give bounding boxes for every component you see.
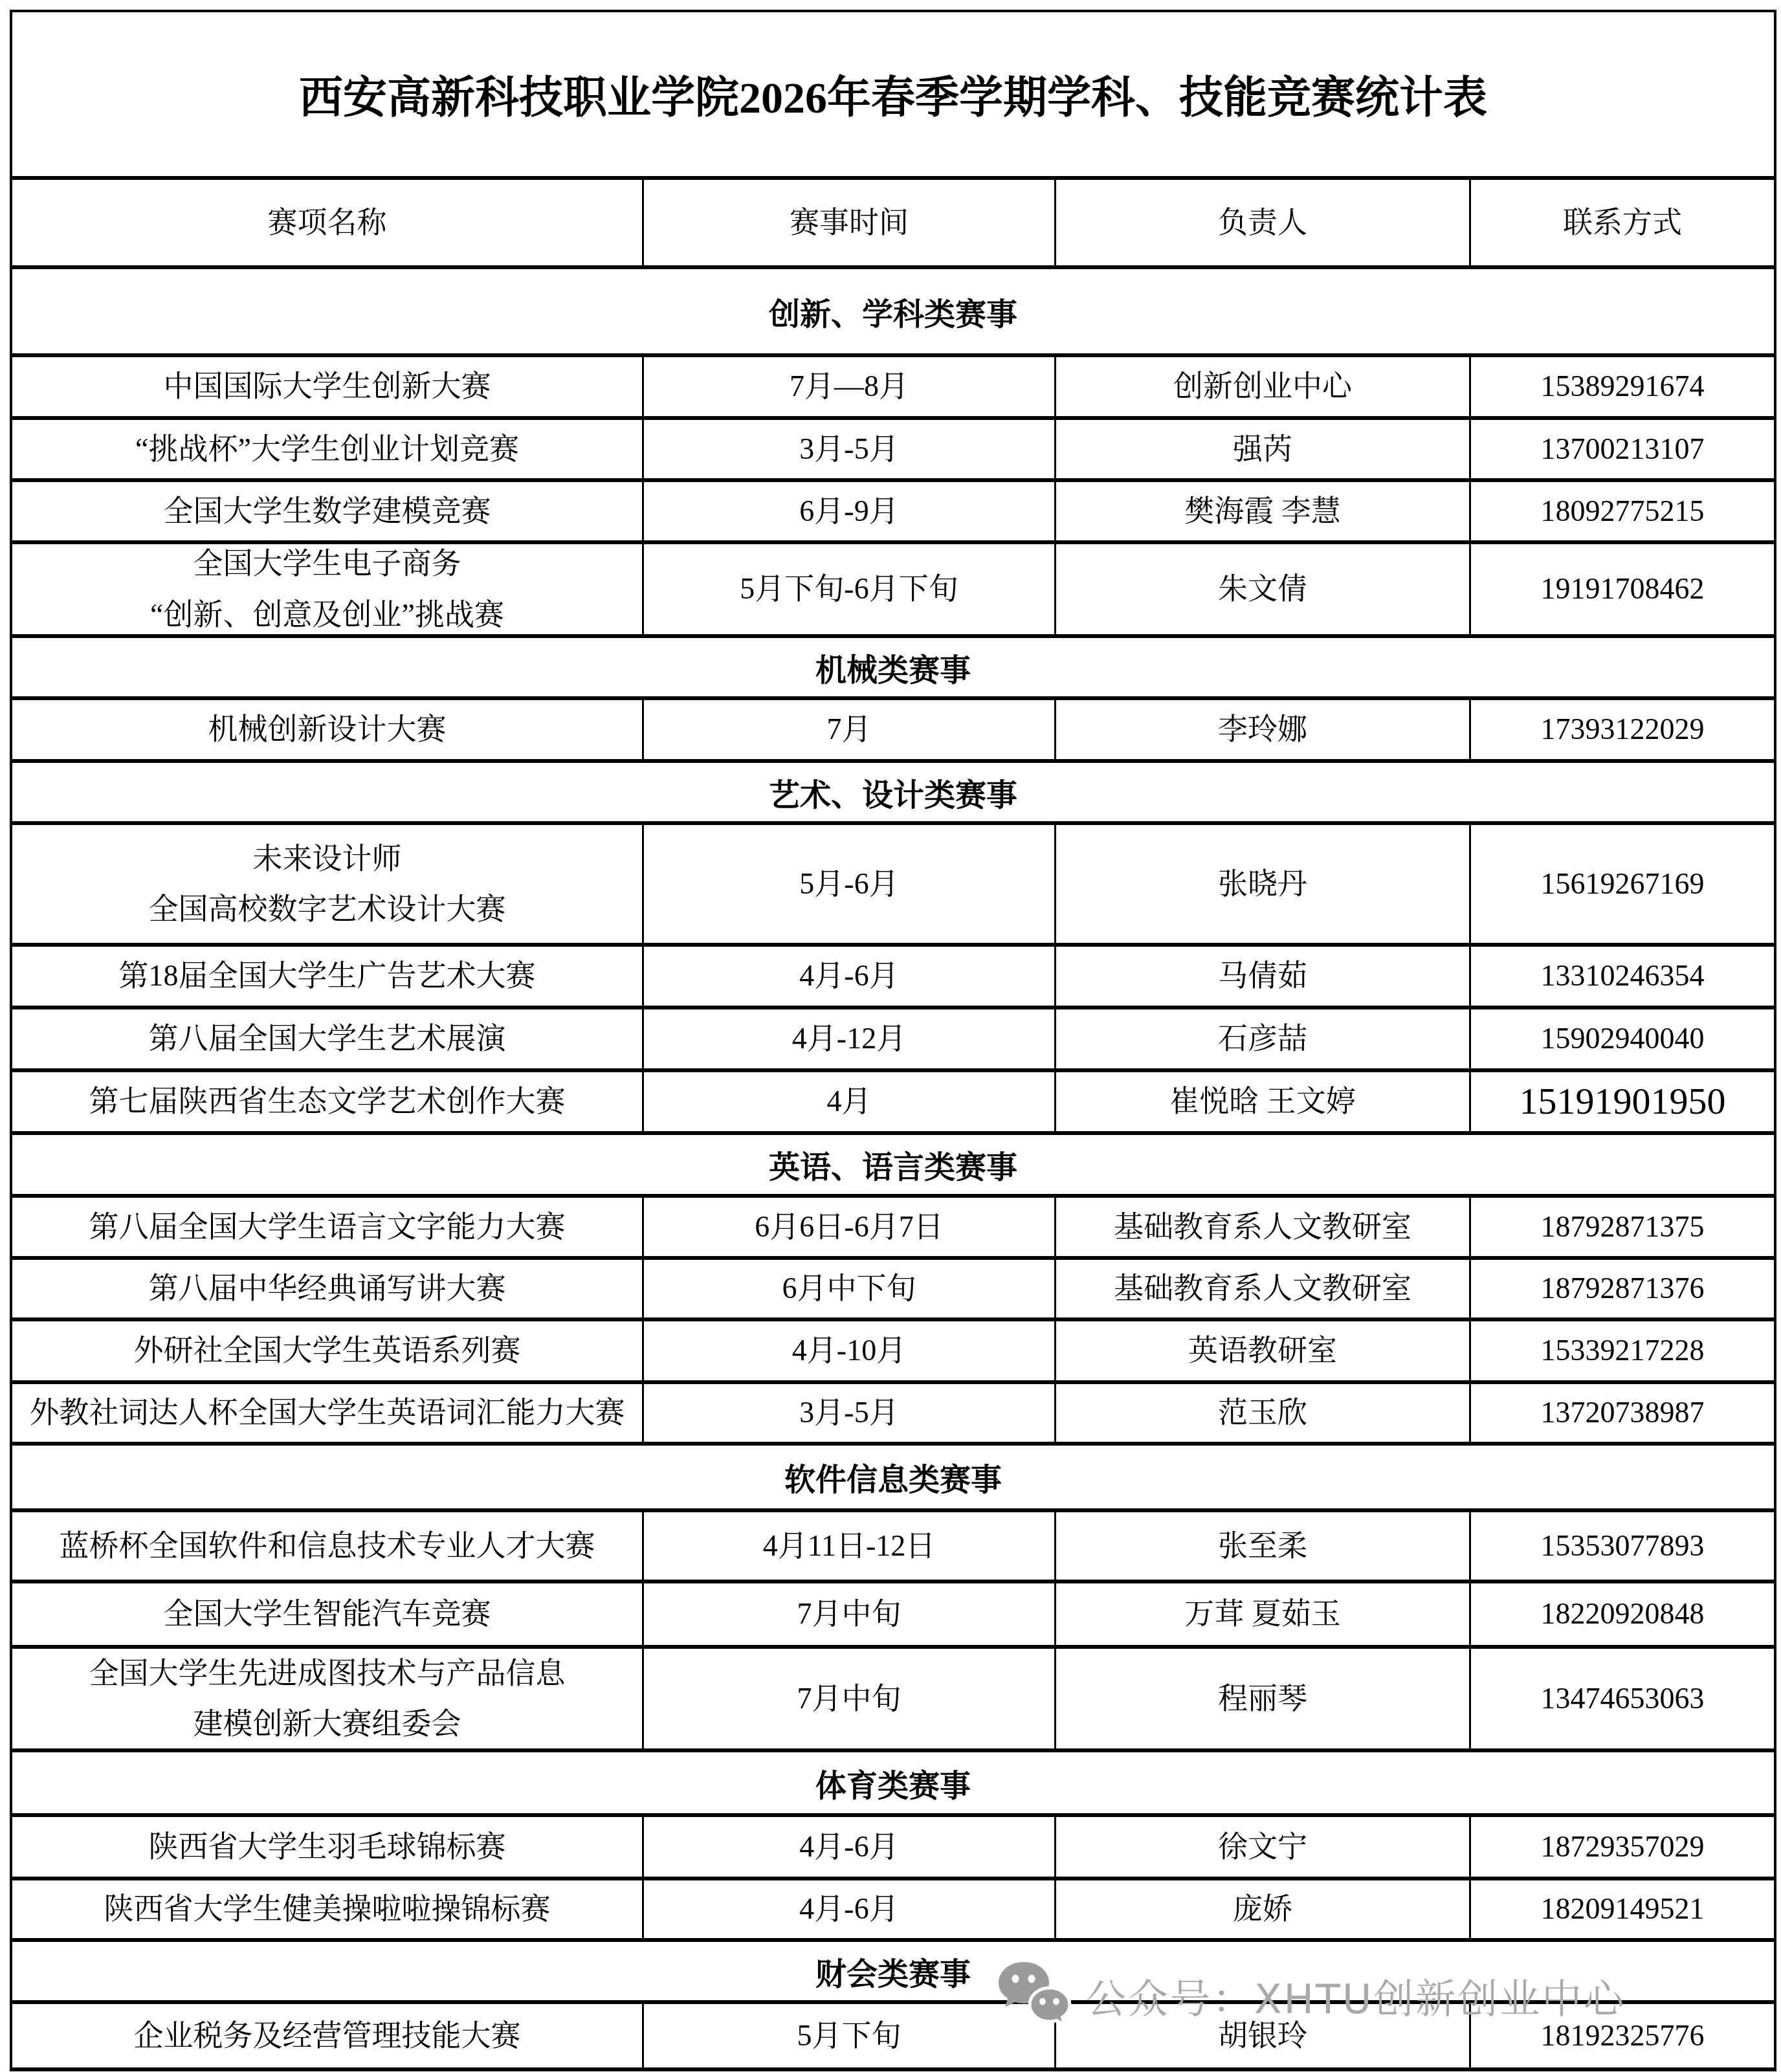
contact-cell: 15389291674 bbox=[1469, 357, 1774, 416]
name-cell-line: 建模创新大赛组委会 bbox=[194, 1699, 461, 1748]
category-row: 艺术、设计类赛事 bbox=[12, 759, 1774, 821]
time-cell: 5月下旬-6月下旬 bbox=[642, 544, 1054, 634]
contact-cell: 15902940040 bbox=[1469, 1009, 1774, 1068]
competition-row: 第八届中华经典诵写讲大赛6月中下旬基础教育系人文教研室18792871376 bbox=[12, 1256, 1774, 1317]
leader-cell: 范玉欣 bbox=[1054, 1384, 1469, 1442]
time-cell: 6月-9月 bbox=[642, 482, 1054, 540]
name-cell: 第八届全国大学生艺术展演 bbox=[12, 1009, 642, 1068]
time-cell: 4月11日-12日 bbox=[642, 1512, 1054, 1580]
table-body: 创新、学科类赛事中国国际大学生创新大赛7月—8月创新创业中心1538929167… bbox=[12, 265, 1774, 2067]
name-cell-line: 全国高校数字艺术设计大赛 bbox=[149, 884, 506, 934]
competition-row: 第八届全国大学生艺术展演4月-12月石彦喆15902940040 bbox=[12, 1006, 1774, 1068]
name-cell-line: 全国大学生先进成图技术与产品信息 bbox=[89, 1649, 566, 1699]
leader-cell: 万茸 夏茹玉 bbox=[1054, 1583, 1469, 1645]
name-cell: 全国大学生电子商务“创新、创意及创业”挑战赛 bbox=[12, 544, 642, 634]
name-cell-line: 全国大学生电子商务 bbox=[194, 544, 461, 590]
leader-cell: 朱文倩 bbox=[1054, 544, 1469, 634]
leader-cell: 基础教育系人文教研室 bbox=[1054, 1260, 1469, 1317]
contact-cell: 18092775215 bbox=[1469, 482, 1774, 540]
contact-cell: 18192325776 bbox=[1469, 2004, 1774, 2067]
time-cell: 4月-12月 bbox=[642, 1009, 1054, 1068]
category-row: 财会类赛事 bbox=[12, 1938, 1774, 2000]
time-cell: 3月-5月 bbox=[642, 1384, 1054, 1442]
leader-cell: 英语教研室 bbox=[1054, 1321, 1469, 1380]
contact-cell: 15619267169 bbox=[1469, 825, 1774, 943]
name-cell: 全国大学生智能汽车竞赛 bbox=[12, 1583, 642, 1645]
column-header-time: 赛事时间 bbox=[642, 180, 1054, 265]
name-cell: 机械创新设计大赛 bbox=[12, 700, 642, 759]
contact-cell: 18792871375 bbox=[1469, 1198, 1774, 1256]
leader-cell: 张晓丹 bbox=[1054, 825, 1469, 943]
name-cell: 第18届全国大学生广告艺术大赛 bbox=[12, 947, 642, 1006]
competition-row: 第18届全国大学生广告艺术大赛4月-6月马倩茹13310246354 bbox=[12, 943, 1774, 1006]
competition-table: 西安高新科技职业学院2026年春季学期学科、技能竞赛统计表 赛项名称 赛事时间 … bbox=[10, 10, 1776, 2071]
category-row: 体育类赛事 bbox=[12, 1748, 1774, 1813]
time-cell: 4月-10月 bbox=[642, 1321, 1054, 1380]
document-page: 西安高新科技职业学院2026年春季学期学科、技能竞赛统计表 赛项名称 赛事时间 … bbox=[0, 0, 1781, 2072]
contact-cell: 18209149521 bbox=[1469, 1880, 1774, 1938]
contact-cell: 13720738987 bbox=[1469, 1384, 1774, 1442]
competition-row: 陕西省大学生健美操啦啦操锦标赛4月-6月庞娇18209149521 bbox=[12, 1877, 1774, 1938]
contact-cell: 18792871376 bbox=[1469, 1260, 1774, 1317]
time-cell: 7月中旬 bbox=[642, 1583, 1054, 1645]
contact-cell: 15191901950 bbox=[1469, 1072, 1774, 1131]
competition-row: 全国大学生智能汽车竞赛7月中旬万茸 夏茹玉18220920848 bbox=[12, 1580, 1774, 1645]
leader-cell: 石彦喆 bbox=[1054, 1009, 1469, 1068]
time-cell: 4月-6月 bbox=[642, 1880, 1054, 1938]
competition-row: 中国国际大学生创新大赛7月—8月创新创业中心15389291674 bbox=[12, 353, 1774, 416]
leader-cell: 创新创业中心 bbox=[1054, 357, 1469, 416]
contact-cell: 15353077893 bbox=[1469, 1512, 1774, 1580]
name-cell: 蓝桥杯全国软件和信息技术专业人才大赛 bbox=[12, 1512, 642, 1580]
contact-cell: 18220920848 bbox=[1469, 1583, 1774, 1645]
leader-cell: 崔悦晗 王文婷 bbox=[1054, 1072, 1469, 1131]
leader-cell: 樊海霞 李慧 bbox=[1054, 482, 1469, 540]
page-title: 西安高新科技职业学院2026年春季学期学科、技能竞赛统计表 bbox=[12, 12, 1774, 176]
contact-cell: 13310246354 bbox=[1469, 947, 1774, 1006]
leader-cell: 胡银玲 bbox=[1054, 2004, 1469, 2067]
name-cell: 第八届全国大学生语言文字能力大赛 bbox=[12, 1198, 642, 1256]
name-cell: 未来设计师全国高校数字艺术设计大赛 bbox=[12, 825, 642, 943]
name-cell-line: “创新、创意及创业”挑战赛 bbox=[150, 590, 504, 635]
contact-cell: 17393122029 bbox=[1469, 700, 1774, 759]
competition-row: 未来设计师全国高校数字艺术设计大赛5月-6月张晓丹15619267169 bbox=[12, 821, 1774, 943]
competition-row: 第八届全国大学生语言文字能力大赛6月6日-6月7日基础教育系人文教研室18792… bbox=[12, 1194, 1774, 1256]
name-cell: 全国大学生数学建模竞赛 bbox=[12, 482, 642, 540]
name-cell: 外研社全国大学生英语系列赛 bbox=[12, 1321, 642, 1380]
time-cell: 5月-6月 bbox=[642, 825, 1054, 943]
name-cell: 第八届中华经典诵写讲大赛 bbox=[12, 1260, 642, 1317]
category-row: 英语、语言类赛事 bbox=[12, 1131, 1774, 1194]
category-row: 创新、学科类赛事 bbox=[12, 265, 1774, 353]
time-cell: 4月-6月 bbox=[642, 1817, 1054, 1877]
name-cell: “挑战杯”大学生创业计划竞赛 bbox=[12, 420, 642, 478]
contact-cell: 19191708462 bbox=[1469, 544, 1774, 634]
time-cell: 3月-5月 bbox=[642, 420, 1054, 478]
name-cell: 全国大学生先进成图技术与产品信息建模创新大赛组委会 bbox=[12, 1649, 642, 1748]
time-cell: 7月中旬 bbox=[642, 1649, 1054, 1748]
category-row: 机械类赛事 bbox=[12, 634, 1774, 696]
name-cell-line: 未来设计师 bbox=[253, 833, 402, 884]
leader-cell: 张至柔 bbox=[1054, 1512, 1469, 1580]
name-cell: 中国国际大学生创新大赛 bbox=[12, 357, 642, 416]
leader-cell: 马倩茹 bbox=[1054, 947, 1469, 1006]
competition-row: 企业税务及经营管理技能大赛5月下旬胡银玲18192325776 bbox=[12, 2000, 1774, 2067]
time-cell: 4月 bbox=[642, 1072, 1054, 1131]
header-row: 赛项名称 赛事时间 负责人 联系方式 bbox=[12, 176, 1774, 265]
competition-row: 机械创新设计大赛7月李玲娜17393122029 bbox=[12, 696, 1774, 759]
leader-cell: 强芮 bbox=[1054, 420, 1469, 478]
competition-row: 全国大学生电子商务“创新、创意及创业”挑战赛5月下旬-6月下旬朱文倩191917… bbox=[12, 540, 1774, 634]
competition-row: 蓝桥杯全国软件和信息技术专业人才大赛4月11日-12日张至柔1535307789… bbox=[12, 1508, 1774, 1580]
name-cell: 第七届陕西省生态文学艺术创作大赛 bbox=[12, 1072, 642, 1131]
competition-row: 全国大学生数学建模竞赛6月-9月樊海霞 李慧18092775215 bbox=[12, 478, 1774, 540]
leader-cell: 李玲娜 bbox=[1054, 700, 1469, 759]
time-cell: 6月6日-6月7日 bbox=[642, 1198, 1054, 1256]
time-cell: 4月-6月 bbox=[642, 947, 1054, 1006]
leader-cell: 基础教育系人文教研室 bbox=[1054, 1198, 1469, 1256]
name-cell: 陕西省大学生健美操啦啦操锦标赛 bbox=[12, 1880, 642, 1938]
time-cell: 5月下旬 bbox=[642, 2004, 1054, 2067]
name-cell: 企业税务及经营管理技能大赛 bbox=[12, 2004, 642, 2067]
name-cell: 外教社词达人杯全国大学生英语词汇能力大赛 bbox=[12, 1384, 642, 1442]
category-row: 软件信息类赛事 bbox=[12, 1442, 1774, 1508]
competition-row: 外教社词达人杯全国大学生英语词汇能力大赛3月-5月范玉欣13720738987 bbox=[12, 1380, 1774, 1442]
contact-cell: 18729357029 bbox=[1469, 1817, 1774, 1877]
competition-row: 陕西省大学生羽毛球锦标赛4月-6月徐文宁18729357029 bbox=[12, 1813, 1774, 1877]
contact-cell: 13474653063 bbox=[1469, 1649, 1774, 1748]
time-cell: 7月 bbox=[642, 700, 1054, 759]
competition-row: 全国大学生先进成图技术与产品信息建模创新大赛组委会7月中旬程丽琴13474653… bbox=[12, 1645, 1774, 1748]
competition-row: 外研社全国大学生英语系列赛4月-10月英语教研室15339217228 bbox=[12, 1317, 1774, 1380]
column-header-leader: 负责人 bbox=[1054, 180, 1469, 265]
contact-cell: 13700213107 bbox=[1469, 420, 1774, 478]
time-cell: 6月中下旬 bbox=[642, 1260, 1054, 1317]
leader-cell: 徐文宁 bbox=[1054, 1817, 1469, 1877]
leader-cell: 庞娇 bbox=[1054, 1880, 1469, 1938]
time-cell: 7月—8月 bbox=[642, 357, 1054, 416]
contact-cell: 15339217228 bbox=[1469, 1321, 1774, 1380]
name-cell: 陕西省大学生羽毛球锦标赛 bbox=[12, 1817, 642, 1877]
column-header-name: 赛项名称 bbox=[12, 180, 642, 265]
column-header-contact: 联系方式 bbox=[1469, 180, 1774, 265]
competition-row: 第七届陕西省生态文学艺术创作大赛4月崔悦晗 王文婷15191901950 bbox=[12, 1068, 1774, 1131]
competition-row: “挑战杯”大学生创业计划竞赛3月-5月强芮13700213107 bbox=[12, 416, 1774, 478]
leader-cell: 程丽琴 bbox=[1054, 1649, 1469, 1748]
